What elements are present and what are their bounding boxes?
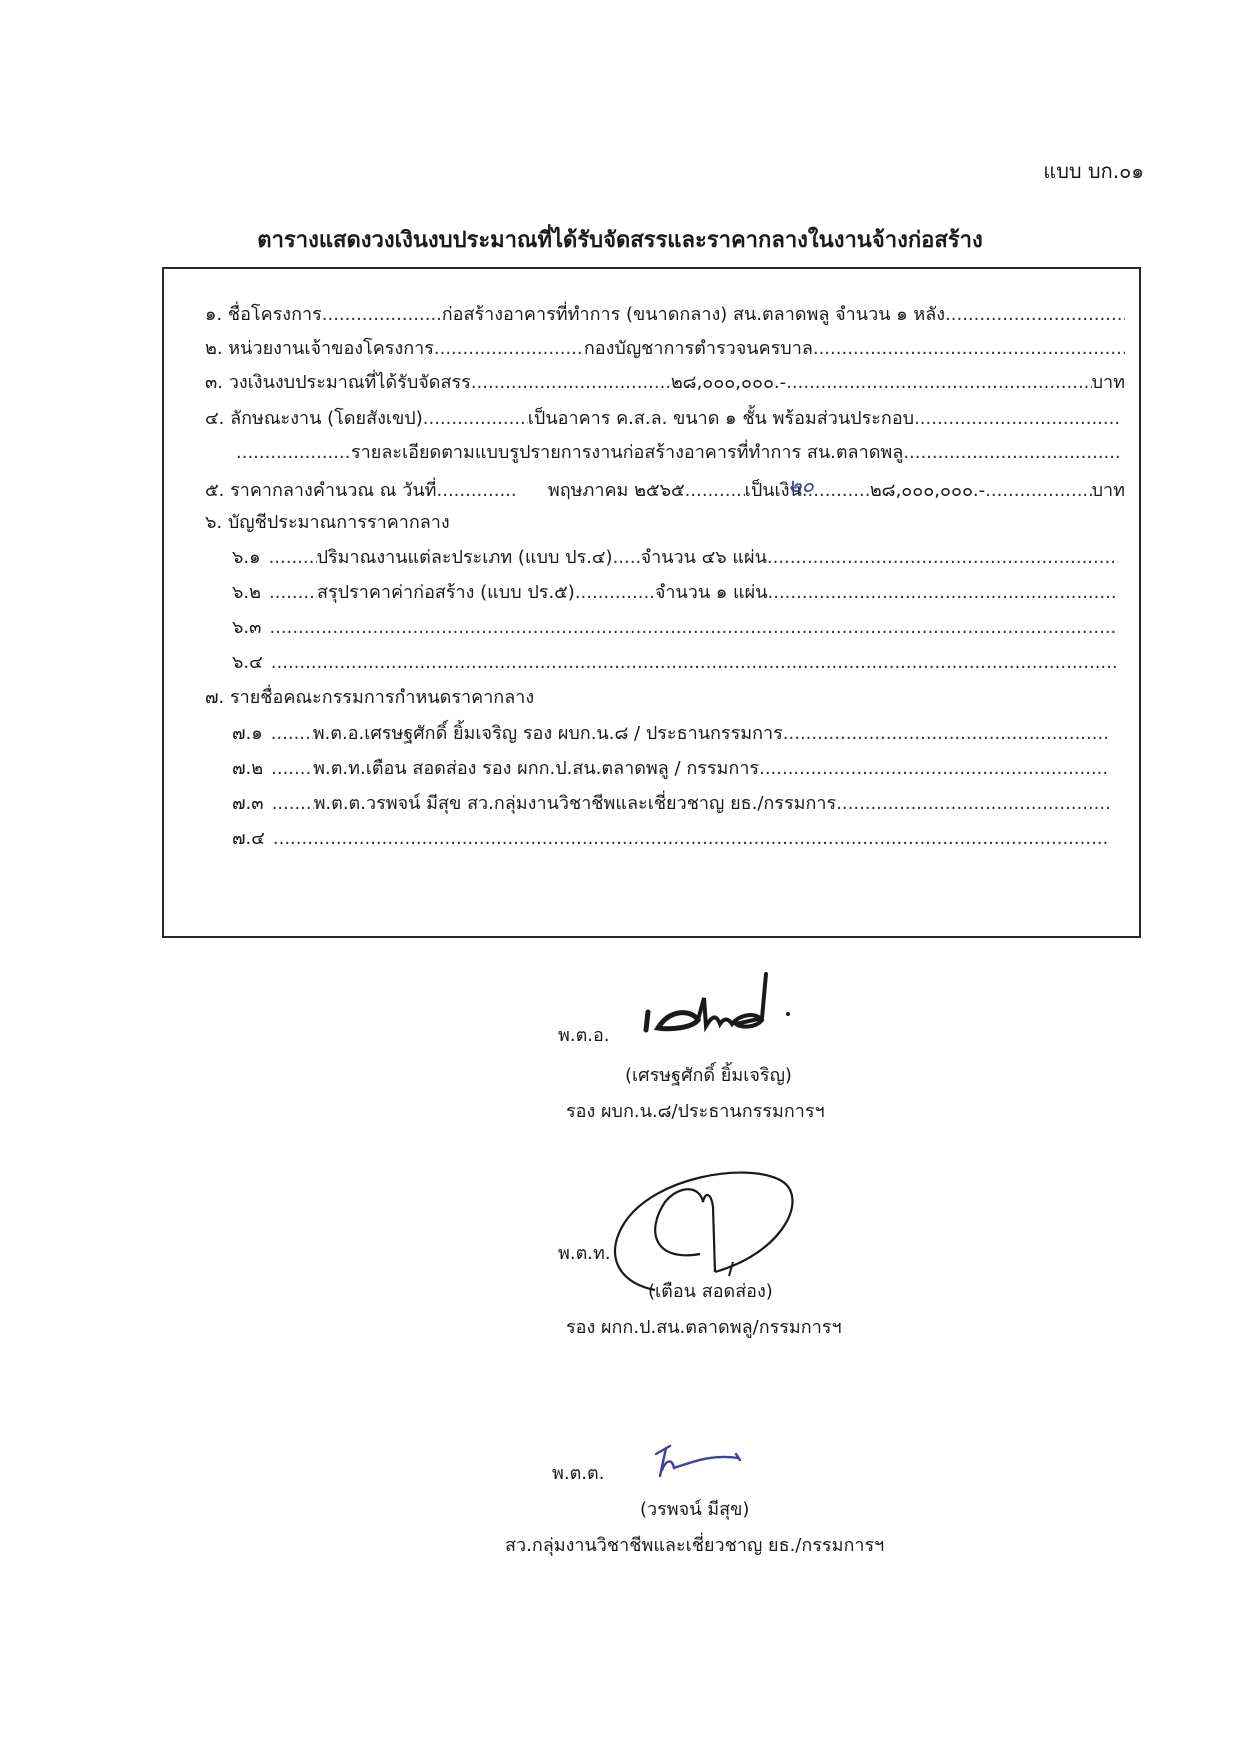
item-value: เป็นอาคาร ค.ส.ล. ขนาด ๑ ชั้น พร้อมส่วนปร… [528,402,914,436]
row-count: จำนวน ๑ แผ่น [655,576,768,610]
leader-dots [269,541,317,575]
item-value: กองบัญชาการตำรวจนครบาล [584,332,813,366]
leader-dots [271,646,1118,680]
row-count: จำนวน ๔๖ แผ่น [641,541,767,575]
form-code: แบบ บก.๐๑ [1043,155,1144,187]
committee-row: ๗.๒ พ.ต.ท.เตือน สอดส่อง รอง ผกก.ป.สน.ตลา… [232,752,1110,786]
median-amount: ๒๘,๐๐๐,๐๐๐.- [870,474,985,508]
item-label: ๔. ลักษณะงาน (โดยสังเขป) [205,402,423,436]
leader-dots [903,436,1121,470]
committee-row: ๗.๑ พ.ต.อ.เศรษฐศักดิ์ ยิ้มเจริญ รอง ผบก.… [232,717,1110,751]
row-number: ๖.๒ [232,576,261,610]
leader-dots [783,717,1110,751]
item-work-nature-detail: รายละเอียดตามแบบรูปรายการงานก่อสร้างอาคา… [236,436,1121,470]
leader-dots [914,402,1121,436]
item-label: ๗. รายชื่อคณะกรรมการกำหนดราคากลาง [205,681,534,715]
leader-dots [767,541,1118,575]
member-text: พ.ต.อ.เศรษฐศักดิ์ ยิ้มเจริญ รอง ผบก.น.๘ … [313,717,783,751]
leader-dots [273,822,1110,856]
leader-dots [269,611,1118,645]
document-title: ตารางแสดงวงเงินงบประมาณที่ได้รับจัดสรรแล… [0,222,1240,257]
month-year: พฤษภาคม ๒๕๖๕ [548,474,685,508]
committee-row: ๗.๓ พ.ต.ต.วรพจน์ มีสุข สว.กลุ่มงานวิชาชี… [232,787,1110,821]
budget-amount: ๒๘,๐๐๐,๐๐๐.- [671,366,786,400]
row-number: ๖.๔ [232,646,263,680]
row-number: ๗.๓ [232,787,264,821]
row-number: ๗.๒ [232,752,263,786]
item-committee: ๗. รายชื่อคณะกรรมการกำหนดราคากลาง [205,681,1125,715]
leader-dots [575,576,655,610]
currency-unit: บาท [1092,366,1125,400]
leader-dots [271,752,313,786]
item-work-nature: ๔. ลักษณะงาน (โดยสังเขป) เป็นอาคาร ค.ส.ล… [205,402,1121,436]
item-value: รายละเอียดตามแบบรูปรายการงานก่อสร้างอาคา… [351,436,903,470]
leader-dots [236,436,351,470]
signer-name: (เตือน สอดส่อง) [648,1276,773,1305]
leader-dots [985,474,1091,508]
item-project-name: ๑. ชื่อโครงการ ก่อสร้างอาคารที่ทำการ (ขน… [205,298,1125,332]
leader-dots [437,474,517,508]
row-text: สรุปราคาค่าก่อสร้าง (แบบ ปร.๕) [317,576,575,610]
signer-name: (วรพจน์ มีสุข) [640,1494,749,1523]
row-number: ๗.๑ [232,717,263,751]
signature-icon [640,968,800,1048]
signer-position: รอง ผกก.ป.สน.ตลาดพลู/กรรมการฯ [566,1312,842,1341]
leader-dots [269,576,317,610]
member-text: พ.ต.ท.เตือน สอดส่อง รอง ผกก.ป.สน.ตลาดพลู… [313,752,759,786]
row-number: ๗.๔ [232,822,265,856]
leader-dots [272,787,314,821]
estimate-row: ๖.๑ ปริมาณงานแต่ละประเภท (แบบ ปร.๔) จำนว… [232,541,1118,575]
item-label: ๑. ชื่อโครงการ [205,298,322,332]
item-estimate-list: ๖. บัญชีประมาณการราคากลาง [205,506,1125,540]
item-label: ๒. หน่วยงานเจ้าของโครงการ [205,332,434,366]
item-owner-agency: ๒. หน่วยงานเจ้าของโครงการ กองบัญชาการตำร… [205,332,1125,366]
estimate-row: ๖.๒ สรุปราคาค่าก่อสร้าง (แบบ ปร.๕) จำนวน… [232,576,1118,610]
leader-dots [759,752,1110,786]
committee-row: ๗.๔ [232,822,1110,856]
handwritten-day: ๒๐ [789,468,814,502]
signer-rank: พ.ต.อ. [558,1020,610,1049]
member-text: พ.ต.ต.วรพจน์ มีสุข สว.กลุ่มงานวิชาชีพและ… [314,787,837,821]
leader-dots [813,332,1125,366]
item-value: ก่อสร้างอาคารที่ทำการ (ขนาดกลาง) สน.ตลาด… [442,298,945,332]
leader-dots [271,717,313,751]
signer-name: (เศรษฐศักดิ์ ยิ้มเจริญ) [625,1060,792,1089]
item-budget: ๓. วงเงินงบประมาณที่ได้รับจัดสรร ๒๘,๐๐๐,… [205,366,1125,400]
signer-rank: พ.ต.ต. [552,1458,604,1487]
item-label: ๕. ราคากลางคำนวณ ณ วันที่ [205,474,437,508]
leader-dots [613,541,641,575]
estimate-row: ๖.๓ [232,611,1118,645]
row-number: ๖.๑ [232,541,261,575]
item-label: ๓. วงเงินงบประมาณที่ได้รับจัดสรร [205,366,471,400]
leader-dots [945,298,1125,332]
row-text: ปริมาณงานแต่ละประเภท (แบบ ปร.๔) [317,541,613,575]
leader-dots [685,474,745,508]
leader-dots [322,298,442,332]
row-number: ๖.๓ [232,611,261,645]
leader-dots [836,787,1110,821]
leader-dots [434,332,584,366]
currency-unit: บาท [1092,474,1125,508]
signer-position: สว.กลุ่มงานวิชาชีพและเชี่ยวชาญ ยธ./กรรมก… [505,1530,884,1559]
estimate-row: ๖.๔ [232,646,1118,680]
leader-dots [768,576,1118,610]
leader-dots [471,366,671,400]
signer-position: รอง ผบก.น.๘/ประธานกรรมการฯ [566,1096,825,1125]
signature-icon [652,1440,752,1480]
leader-dots [786,366,1091,400]
item-median-price: ๕. ราคากลางคำนวณ ณ วันที่ ๒๐ พฤษภาคม ๒๕๖… [205,472,1125,506]
leader-dots [423,402,528,436]
item-label: ๖. บัญชีประมาณการราคากลาง [205,506,450,540]
